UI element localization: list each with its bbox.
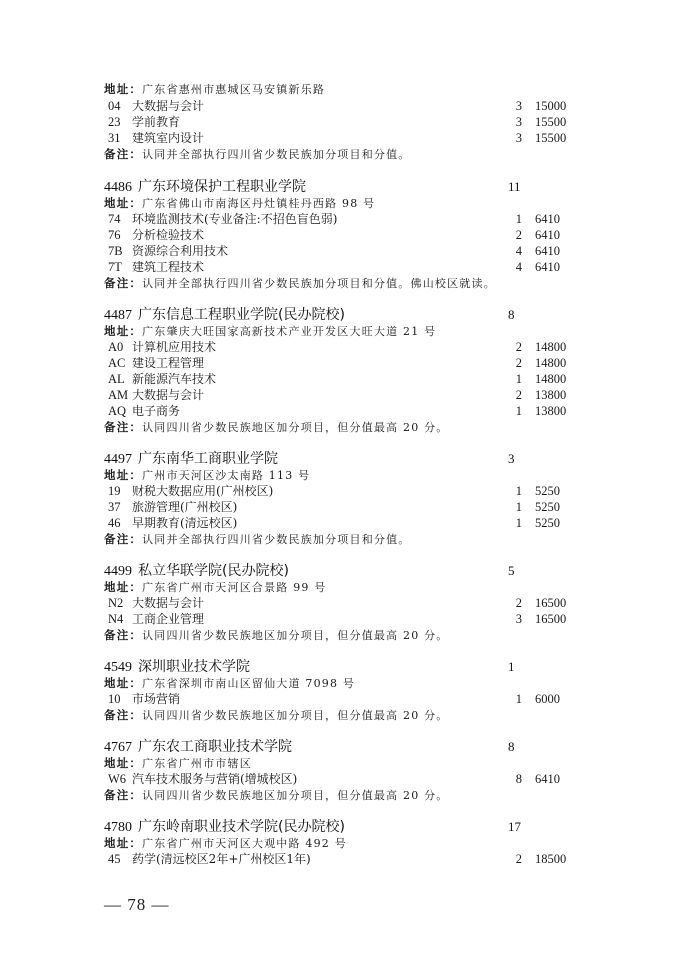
major-row: 7B资源综合利用技术46410	[104, 243, 584, 259]
major-name: 资源综合利用技术	[132, 244, 228, 258]
school-name: 广东岭南职业技术学院(民办院校)	[138, 819, 345, 835]
major-name: 市场营销	[132, 692, 180, 706]
address-label: 地址：	[104, 676, 142, 690]
school-total-count: 5	[508, 562, 528, 580]
address-label: 地址：	[104, 836, 142, 850]
tuition-fee: 6000	[535, 691, 560, 707]
note-text: 认同四川省少数民族地区加分项目，但分值最高 20 分。	[142, 421, 448, 434]
school-code: 4486	[104, 180, 132, 195]
major-name: 早期教育(清远校区)	[132, 516, 237, 530]
plan-count: 3	[502, 98, 522, 114]
address-text: 广东省广州市天河区合景路 99 号	[142, 581, 326, 594]
major-name: 电子商务	[132, 404, 180, 418]
major-name: 大数据与会计	[132, 596, 204, 610]
school-name: 广东南华工商职业学院	[138, 451, 278, 467]
school-title: 4486广东环境保护工程职业学院11	[104, 178, 584, 196]
major-name: 建筑室内设计	[132, 131, 204, 145]
address-text: 广东省佛山市南海区丹灶镇桂丹西路 98 号	[142, 197, 375, 210]
major-row: 19财税大数据应用(广州校区)15250	[104, 483, 584, 499]
address-label: 地址：	[104, 468, 142, 482]
major-row: 7T建筑工程技术46410	[104, 259, 584, 275]
tuition-fee: 6410	[535, 771, 560, 787]
note-text: 认同并全部执行四川省少数民族加分项目和分值。	[142, 148, 410, 161]
major-name: 大数据与会计	[132, 99, 204, 113]
note-label: 备注：	[104, 532, 142, 546]
address-label: 地址：	[104, 82, 142, 96]
address-text: 广州市天河区沙太南路 113 号	[142, 469, 310, 482]
major-row: 23学前教育315500	[104, 114, 584, 130]
major-code: AQ	[108, 403, 132, 419]
major-code: 04	[108, 98, 132, 114]
tuition-fee: 14800	[535, 371, 566, 387]
address-line: 地址：广州市天河区沙太南路 113 号	[104, 467, 584, 483]
school-code: 4487	[104, 308, 132, 323]
plan-count: 2	[502, 227, 522, 243]
school-code: 4780	[104, 820, 132, 835]
major-row: AM大数据与会计213800	[104, 387, 584, 403]
school-total-count: 8	[508, 738, 528, 756]
tuition-fee: 15500	[535, 130, 566, 146]
major-row: W6汽车技术服务与营销(增城校区)86410	[104, 771, 584, 787]
plan-count: 1	[502, 403, 522, 419]
address-label: 地址：	[104, 196, 142, 210]
major-code: 10	[108, 691, 132, 707]
major-name: 学前教育	[132, 115, 180, 129]
note-label: 备注：	[104, 628, 142, 642]
address-text: 广东省深圳市南山区留仙大道 7098 号	[142, 677, 355, 690]
note-line: 备注：认同并全部执行四川省少数民族加分项目和分值。佛山校区就读。	[104, 275, 584, 291]
note-text: 认同四川省少数民族地区加分项目，但分值最高 20 分。	[142, 789, 448, 802]
plan-count: 1	[502, 499, 522, 515]
tuition-fee: 14800	[535, 339, 566, 355]
major-row: N2大数据与会计216500	[104, 595, 584, 611]
note-line: 备注：认同四川省少数民族地区加分项目，但分值最高 20 分。	[104, 787, 584, 803]
note-label: 备注：	[104, 147, 142, 161]
major-code: 76	[108, 227, 132, 243]
major-code: 74	[108, 211, 132, 227]
school-total-count: 8	[508, 306, 528, 324]
note-text: 认同四川省少数民族地区加分项目，但分值最高 20 分。	[142, 709, 448, 722]
major-code: 23	[108, 114, 132, 130]
major-name: 环境监测技术(专业备注:不招色盲色弱)	[132, 212, 337, 226]
school-title: 4549深圳职业技术学院1	[104, 658, 584, 676]
tuition-fee: 16500	[535, 611, 566, 627]
tuition-fee: 15000	[535, 98, 566, 114]
plan-count: 1	[502, 371, 522, 387]
address-text: 广东省广州市天河区大观中路 492 号	[142, 837, 347, 850]
school-total-count: 1	[508, 658, 528, 676]
school-name: 广东信息工程职业学院(民办院校)	[138, 307, 345, 323]
note-text: 认同四川省少数民族地区加分项目，但分值最高 20 分。	[142, 629, 448, 642]
plan-count: 2	[502, 355, 522, 371]
address-text: 广东肇庆大旺国家高新技术产业开发区大旺大道 21 号	[142, 325, 436, 338]
major-name: 计算机应用技术	[132, 340, 216, 354]
school-code: 4497	[104, 452, 132, 467]
major-code: 7B	[108, 243, 132, 259]
address-line: 地址：广东省惠州市惠城区马安镇新乐路	[104, 81, 584, 97]
major-name: 大数据与会计	[132, 388, 204, 402]
page-number: — 78 —	[104, 895, 170, 915]
plan-count: 2	[502, 851, 522, 867]
address-text: 广东省惠州市惠城区马安镇新乐路	[142, 83, 325, 96]
major-name: 新能源汽车技术	[132, 372, 216, 386]
major-code: AL	[108, 371, 132, 387]
note-label: 备注：	[104, 420, 142, 434]
major-name: 汽车技术服务与营销(增城校区)	[132, 772, 297, 786]
address-line: 地址：广东省深圳市南山区留仙大道 7098 号	[104, 675, 584, 691]
note-text: 认同并全部执行四川省少数民族加分项目和分值。佛山校区就读。	[142, 277, 496, 290]
note-text: 认同并全部执行四川省少数民族加分项目和分值。	[142, 533, 410, 546]
tuition-fee: 6410	[535, 227, 560, 243]
tuition-fee: 5250	[535, 499, 560, 515]
major-code: 37	[108, 499, 132, 515]
major-name: 建设工程管理	[132, 356, 204, 370]
major-code: 19	[108, 483, 132, 499]
tuition-fee: 5250	[535, 515, 560, 531]
tuition-fee: 16500	[535, 595, 566, 611]
tuition-fee: 6410	[535, 259, 560, 275]
plan-count: 1	[502, 483, 522, 499]
major-code: 46	[108, 515, 132, 531]
major-row: 04大数据与会计315000	[104, 98, 584, 114]
major-row: 45药学(清远校区2年+广州校区1年)218500	[104, 851, 584, 867]
address-label: 地址：	[104, 324, 142, 338]
major-row: N4工商企业管理316500	[104, 611, 584, 627]
tuition-fee: 6410	[535, 211, 560, 227]
plan-count: 2	[502, 595, 522, 611]
tuition-fee: 13800	[535, 387, 566, 403]
address-label: 地址：	[104, 580, 142, 594]
major-code: 7T	[108, 259, 132, 275]
note-line: 备注：认同四川省少数民族地区加分项目，但分值最高 20 分。	[104, 707, 584, 723]
major-row: 76分析检验技术26410	[104, 227, 584, 243]
note-line: 备注：认同并全部执行四川省少数民族加分项目和分值。	[104, 531, 584, 547]
plan-count: 1	[502, 211, 522, 227]
major-name: 药学(清远校区2年+广州校区1年)	[132, 852, 311, 866]
plan-count: 4	[502, 243, 522, 259]
tuition-fee: 15500	[535, 114, 566, 130]
school-title: 4499私立华联学院(民办院校)5	[104, 562, 584, 580]
address-line: 地址：广东省广州市天河区大观中路 492 号	[104, 835, 584, 851]
document-page: 地址：广东省惠州市惠城区马安镇新乐路 04大数据与会计315000 23学前教育…	[0, 0, 680, 961]
note-label: 备注：	[104, 708, 142, 722]
plan-count: 3	[502, 611, 522, 627]
address-label: 地址：	[104, 756, 142, 770]
major-code: AM	[108, 387, 132, 403]
major-name: 分析检验技术	[132, 228, 204, 242]
school-name: 私立华联学院(民办院校)	[138, 563, 289, 579]
school-name: 广东农工商职业技术学院	[138, 739, 292, 755]
major-name: 建筑工程技术	[132, 260, 204, 274]
address-line: 地址：广东省佛山市南海区丹灶镇桂丹西路 98 号	[104, 195, 584, 211]
tuition-fee: 14800	[535, 355, 566, 371]
school-code: 4549	[104, 660, 132, 675]
plan-count: 1	[502, 515, 522, 531]
school-total-count: 11	[508, 178, 528, 196]
major-name: 旅游管理(广州校区)	[132, 500, 237, 514]
school-total-count: 17	[508, 818, 528, 836]
plan-count: 3	[502, 130, 522, 146]
school-code: 4499	[104, 564, 132, 579]
major-code: 31	[108, 130, 132, 146]
school-name: 广东环境保护工程职业学院	[138, 179, 306, 195]
note-label: 备注：	[104, 276, 142, 290]
major-row: 46早期教育(清远校区)15250	[104, 515, 584, 531]
plan-count: 8	[502, 771, 522, 787]
major-row: AQ电子商务113800	[104, 403, 584, 419]
address-line: 地址：广东肇庆大旺国家高新技术产业开发区大旺大道 21 号	[104, 323, 584, 339]
major-row: 74环境监测技术(专业备注:不招色盲色弱)16410	[104, 211, 584, 227]
plan-count: 2	[502, 387, 522, 403]
tuition-fee: 13800	[535, 403, 566, 419]
major-code: AC	[108, 355, 132, 371]
major-name: 工商企业管理	[132, 612, 204, 626]
major-row: AC建设工程管理214800	[104, 355, 584, 371]
tuition-fee: 5250	[535, 483, 560, 499]
major-code: 45	[108, 851, 132, 867]
tuition-fee: 18500	[535, 851, 566, 867]
note-line: 备注：认同四川省少数民族地区加分项目，但分值最高 20 分。	[104, 627, 584, 643]
school-name: 深圳职业技术学院	[138, 659, 250, 675]
tuition-fee: 6410	[535, 243, 560, 259]
school-total-count: 3	[508, 450, 528, 468]
major-row: 10市场营销16000	[104, 691, 584, 707]
major-code: A0	[108, 339, 132, 355]
plan-count: 1	[502, 691, 522, 707]
school-title: 4767广东农工商职业技术学院8	[104, 738, 584, 756]
major-code: N2	[108, 595, 132, 611]
major-row: AL新能源汽车技术114800	[104, 371, 584, 387]
major-row: 37旅游管理(广州校区)15250	[104, 499, 584, 515]
major-name: 财税大数据应用(广州校区)	[132, 484, 273, 498]
school-title: 4487广东信息工程职业学院(民办院校)8	[104, 306, 584, 324]
note-line: 备注：认同并全部执行四川省少数民族加分项目和分值。	[104, 146, 584, 162]
plan-count: 2	[502, 339, 522, 355]
school-title: 4780广东岭南职业技术学院(民办院校)17	[104, 818, 584, 836]
school-title: 4497广东南华工商职业学院3	[104, 450, 584, 468]
plan-count: 4	[502, 259, 522, 275]
major-code: W6	[108, 771, 132, 787]
plan-count: 3	[502, 114, 522, 130]
note-label: 备注：	[104, 788, 142, 802]
address-line: 地址：广东省广州市市辖区	[104, 755, 584, 771]
note-line: 备注：认同四川省少数民族地区加分项目，但分值最高 20 分。	[104, 419, 584, 435]
address-text: 广东省广州市市辖区	[142, 757, 252, 770]
major-code: N4	[108, 611, 132, 627]
school-code: 4767	[104, 740, 132, 755]
address-line: 地址：广东省广州市天河区合景路 99 号	[104, 579, 584, 595]
major-row: A0计算机应用技术214800	[104, 339, 584, 355]
major-row: 31建筑室内设计315500	[104, 130, 584, 146]
